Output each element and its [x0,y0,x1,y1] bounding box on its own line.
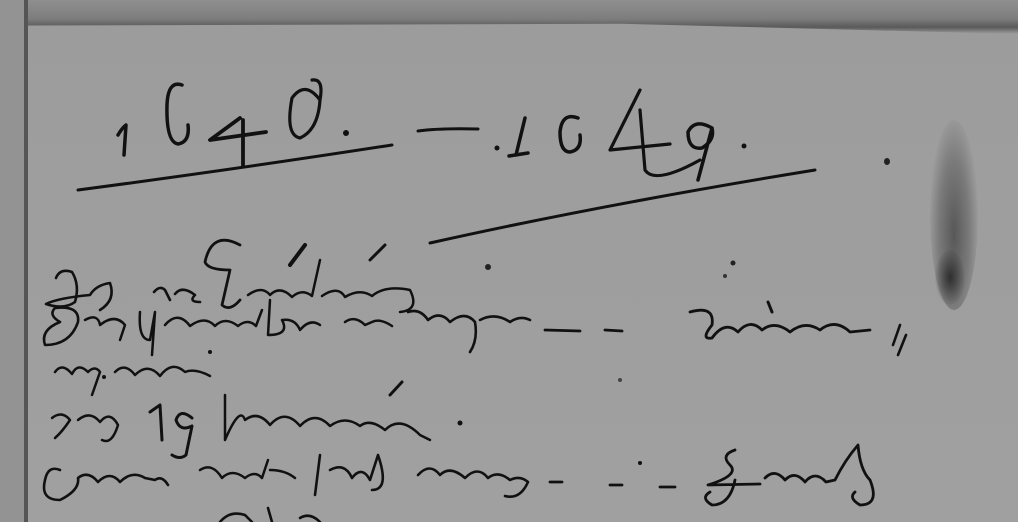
heading-year-1649 [430,90,815,243]
document-scan: 1648. — .1649. Den 12 Januarij Geysbrant… [0,0,1018,522]
heading-year-1648 [78,80,392,190]
entry-2-name-line [44,445,873,505]
entry-2-date-line [52,382,463,458]
partial-bottom-line [220,508,320,522]
handwriting-layer [0,0,1018,522]
entry-1-date-line [46,240,413,312]
heading-dash [418,129,478,131]
entry-1-name-line [44,300,906,355]
entry-1-continuation-line [55,350,212,395]
